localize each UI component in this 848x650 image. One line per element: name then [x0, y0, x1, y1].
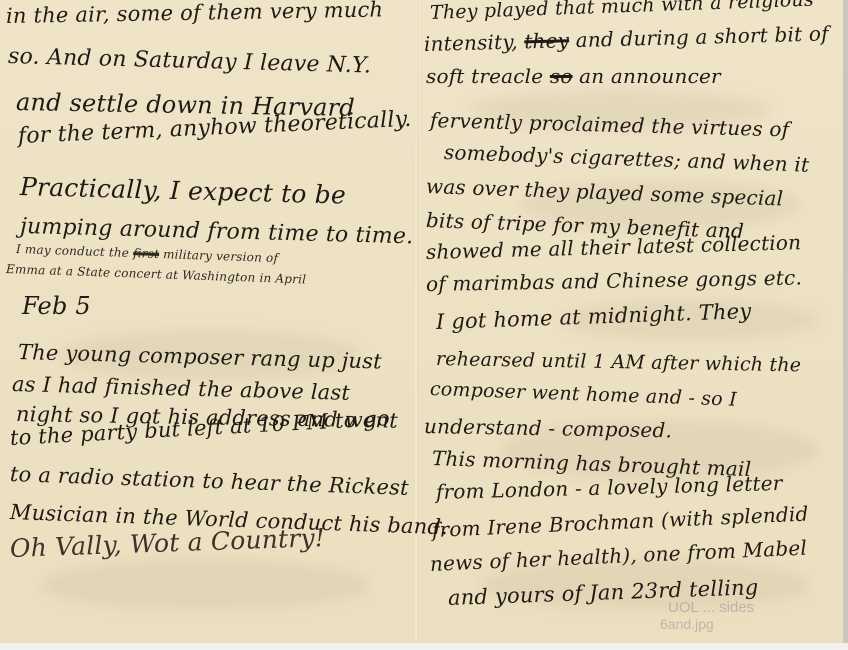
- handwritten-line: understand - composed.: [424, 414, 672, 442]
- handwritten-line: Oh Vally, Wot a Country!: [9, 523, 325, 563]
- note-text: military version of: [163, 247, 278, 265]
- handwritten-line: fervently proclaimed the virtues of: [430, 108, 790, 141]
- left-page: in the air, some of them very much so. A…: [0, 0, 414, 643]
- handwritten-line: in the air, some of them very much: [6, 0, 384, 28]
- margin-note: I may conduct the first military version…: [16, 242, 279, 265]
- line-text: an announcer: [579, 64, 721, 88]
- date-heading: Feb 5: [22, 292, 91, 320]
- line-text: soft treacle: [426, 64, 543, 88]
- struck-word: first: [133, 246, 159, 261]
- handwritten-line: I got home at midnight. They: [436, 299, 752, 334]
- handwritten-line: rehearsed until 1 AM after which the: [436, 348, 802, 376]
- handwritten-line: somebody's cigarettes; and when it: [444, 140, 810, 177]
- handwritten-line: intensity, they and during a short bit o…: [424, 21, 829, 56]
- handwritten-line: showed me all their latest collection: [426, 230, 802, 264]
- right-page: They played that much with a religious i…: [418, 0, 842, 643]
- scan-border: [0, 643, 848, 650]
- handwritten-line: soft treacle so an announcer: [426, 64, 721, 88]
- handwritten-line: as I had finished the above last: [12, 372, 351, 405]
- scan-edge: [843, 0, 848, 650]
- watermark-filename: 6and.jpg: [660, 616, 754, 632]
- handwritten-line: The young composer rang up just: [18, 340, 382, 374]
- line-text: intensity,: [424, 30, 518, 56]
- handwritten-line: to a radio station to hear the Rickest: [10, 462, 410, 500]
- handwritten-line: Practically, I expect to be: [20, 172, 347, 210]
- handwritten-line: from Irene Brochman (with splendid: [431, 502, 808, 542]
- handwritten-line: so. And on Saturday I leave N.Y.: [8, 44, 372, 78]
- handwritten-line: They played that much with a religious: [430, 0, 815, 24]
- margin-note: Emma at a State concert at Washington in…: [6, 262, 307, 286]
- handwritten-line: composer went home and - so I: [430, 378, 738, 411]
- watermark-line: UOL ... sides: [668, 599, 754, 616]
- handwritten-line: was over they played some special: [426, 174, 784, 210]
- scan-watermark: UOL ... sides 6and.jpg: [668, 600, 754, 632]
- handwritten-line: news of her health), one from Mabel: [429, 536, 807, 576]
- note-text: I may conduct the: [16, 242, 130, 260]
- letter-sheet: in the air, some of them very much so. A…: [0, 0, 843, 643]
- handwritten-line: from London - a lovely long letter: [436, 471, 783, 504]
- struck-word: so: [550, 64, 573, 88]
- line-text: and during a short bit of: [575, 21, 829, 52]
- struck-word: they: [524, 28, 569, 53]
- handwritten-line: of marimbas and Chinese gongs etc.: [426, 265, 802, 296]
